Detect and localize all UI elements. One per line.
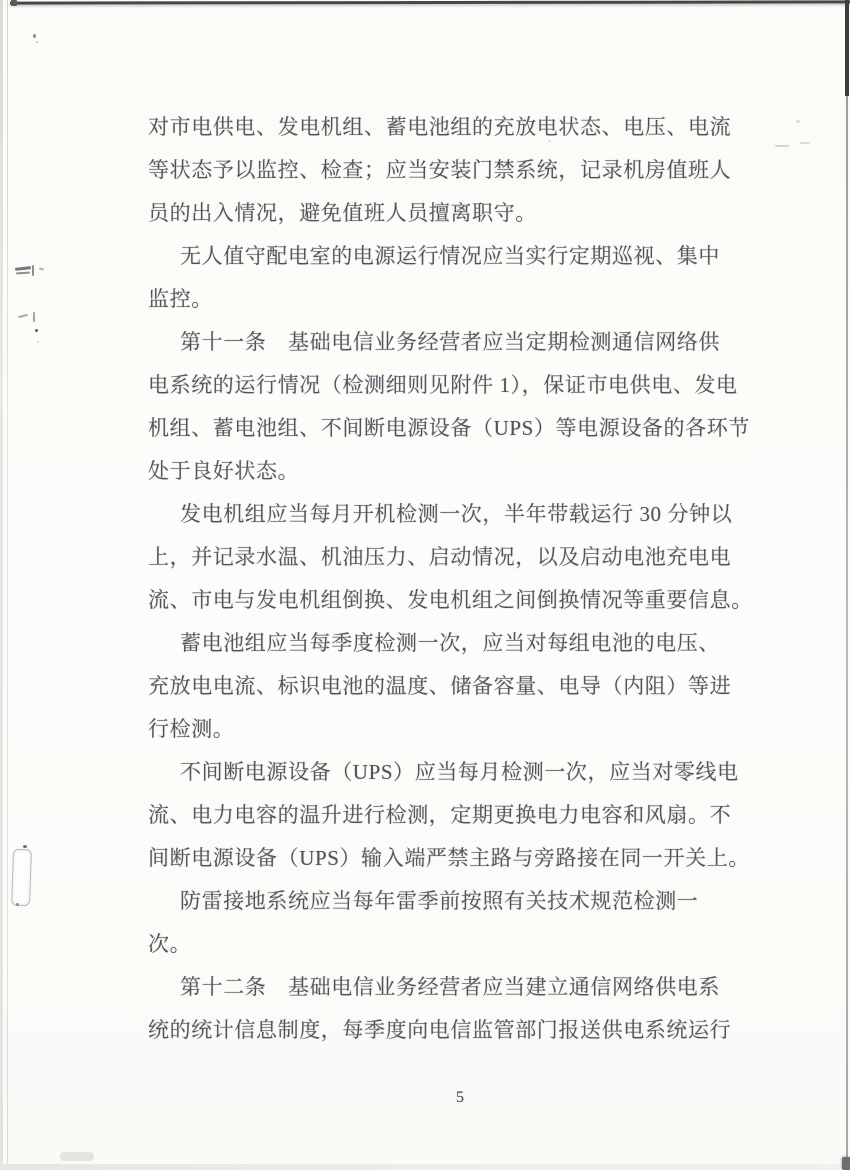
scan-edge-top	[10, 0, 850, 4]
text-line: 不间断电源设备（UPS）应当每月检测一次，应当对零线电	[148, 751, 778, 794]
pencil-margin-mark	[35, 329, 38, 332]
text-line: 蓄电池组应当每季度检测一次，应当对每组电池的电压、	[148, 622, 778, 665]
pencil-margin-mark	[32, 265, 34, 276]
text-line: 处于良好状态。	[148, 450, 778, 493]
text-line: 第十一条 基础电信业务经营者应当定期检测通信网络供	[148, 321, 778, 364]
text-line: 行检测。	[148, 708, 778, 751]
text-line: 电系统的运行情况（检测细则见附件 1），保证市电供电、发电	[148, 364, 778, 407]
scan-speck	[60, 1152, 94, 1161]
text-line: 监控。	[148, 278, 778, 321]
scan-edge-top-left-nub	[11, 0, 17, 6]
text-line: 统的统计信息制度，每季度向电信监管部门报送供电系统运行	[148, 1009, 778, 1052]
text-line: 流、电力电容的温升进行检测，定期更换电力电容和风扇。不	[148, 794, 778, 837]
text-line: 员的出入情况，避免值班人员擅离职守。	[148, 192, 778, 235]
scan-speck	[796, 120, 800, 123]
scan-edge-bottom	[0, 1164, 850, 1170]
text-line: 第十二条 基础电信业务经营者应当建立通信网络供电系	[148, 966, 778, 1009]
page-number: 5	[448, 1089, 472, 1107]
scan-edge-right-top	[845, 0, 849, 96]
scan-edge-bottom-right-nub	[842, 1157, 850, 1170]
text-line: 防雷接地系统应当每年雷季前按照有关技术规范检测一	[148, 880, 778, 923]
staple-mark	[11, 849, 32, 907]
scan-edge-right	[846, 96, 848, 1170]
staple-speck-top	[23, 845, 27, 848]
pencil-margin-mark	[39, 268, 44, 271]
text-line: 无人值守配电室的电源运行情况应当实行定期巡视、集中	[148, 235, 778, 278]
scan-speck	[800, 142, 810, 144]
scan-edge-left	[0, 0, 3, 1170]
scan-speck	[36, 41, 38, 43]
text-line: 发电机组应当每月开机检测一次，半年带载运行 30 分钟以	[148, 493, 778, 536]
scanned-document-page: 对市电供电、发电机组、蓄电池组的充放电状态、电压、电流 等状态予以监控、检查；应…	[0, 0, 850, 1170]
text-line: 对市电供电、发电机组、蓄电池组的充放电状态、电压、电流	[148, 106, 778, 149]
text-line: 间断电源设备（UPS）输入端严禁主路与旁路接在同一开关上。	[148, 837, 778, 880]
pencil-margin-mark	[18, 314, 28, 318]
scan-fold-line	[7, 0, 8, 1170]
text-line: 等状态予以监控、检查；应当安装门禁系统，记录机房值班人	[148, 149, 778, 192]
text-line: 上，并记录水温、机油压力、启动情况，以及启动电池充电电	[148, 536, 778, 579]
text-line: 流、市电与发电机组倒换、发电机组之间倒换情况等重要信息。	[148, 579, 778, 622]
text-line: 充放电电流、标识电池的温度、储备容量、电导（内阻）等进	[148, 665, 778, 708]
pencil-margin-mark	[16, 272, 30, 275]
staple-speck-bottom	[16, 903, 19, 906]
scan-speck	[33, 34, 36, 38]
text-line: 次。	[148, 923, 778, 966]
pencil-margin-mark	[33, 312, 35, 322]
document-body: 对市电供电、发电机组、蓄电池组的充放电状态、电压、电流 等状态予以监控、检查；应…	[148, 106, 778, 1052]
pencil-margin-mark	[15, 266, 31, 271]
scan-speck	[37, 341, 39, 343]
text-line: 机组、蓄电池组、不间断电源设备（UPS）等电源设备的各环节	[148, 407, 778, 450]
